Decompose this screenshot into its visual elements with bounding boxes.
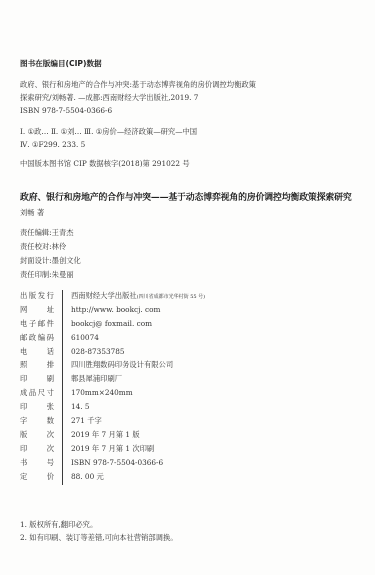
- info-value: 14. 5: [71, 402, 90, 411]
- info-label: 定价: [20, 472, 54, 482]
- info-row-typesetting: 照排 四川胜翔数码印务设计有限公司: [20, 359, 320, 373]
- info-row-sheets: 印张 14. 5: [20, 401, 320, 415]
- info-label: 照排: [20, 360, 54, 370]
- info-label: 字数: [20, 416, 54, 426]
- info-value: ISBN 978-7-5504-0366-6: [71, 458, 163, 467]
- info-row-phone: 电话 028-87353785: [20, 346, 320, 360]
- info-value: 西南财经大学出版社(四川省成都市光华村街 55 号): [71, 291, 205, 301]
- cip-header: 图书在版编目(CIP)数据: [20, 58, 102, 69]
- info-value: 271 千字: [71, 416, 102, 426]
- info-row-edition: 版次 2019 年 7 月第 1 版: [20, 429, 320, 443]
- book-title: 政府、银行和房地产的合作与冲突——基于动态博弈视角的房价调控均衡政策探索研究: [20, 190, 352, 203]
- info-label: 印张: [20, 402, 54, 412]
- note-2: 2. 如有印刷、装订等差错,可向本社营销部调换。: [20, 533, 178, 542]
- info-row-size: 成品尺寸 170mm×240mm: [20, 387, 320, 401]
- credit-printing: 责任印制:朱曼丽: [20, 270, 74, 279]
- info-row-word-count: 字数 271 千字: [20, 415, 320, 429]
- info-value-email[interactable]: bookcj@ foxmail. com: [71, 319, 152, 328]
- info-label: 电子邮件: [20, 319, 54, 329]
- info-row-isbn: 书号 ISBN 978-7-5504-0366-6: [20, 457, 320, 471]
- info-label: 印次: [20, 444, 54, 454]
- info-label: 出版发行: [20, 291, 54, 301]
- info-value-link[interactable]: http://www. bookcj. com: [71, 305, 160, 314]
- info-value: 610074: [71, 333, 99, 342]
- cip-isbn: ISBN 978-7-5504-0366-6: [20, 106, 112, 115]
- info-value: 88. 00 元: [71, 472, 104, 482]
- credit-editor: 责任编辑:王青杰: [20, 228, 74, 237]
- info-value: 028-87353785: [71, 347, 125, 356]
- info-row-price: 定价 88. 00 元: [20, 471, 320, 485]
- info-value: 2019 年 7 月第 1 版: [71, 430, 140, 440]
- info-value: 170mm×240mm: [71, 388, 133, 397]
- info-row-email: 电子邮件 bookcj@ foxmail. com: [20, 318, 320, 332]
- info-value: 郫县犀浦印刷厂: [71, 374, 122, 384]
- info-label: 版次: [20, 430, 54, 440]
- credit-cover-design: 封面设计:墨创文化: [20, 256, 81, 265]
- info-label: 成品尺寸: [20, 388, 54, 398]
- info-label: 书号: [20, 458, 54, 468]
- info-value: 2019 年 7 月第 1 次印刷: [71, 444, 154, 454]
- cip-number: 中国版本图书馆 CIP 数据核字(2018)第 291022 号: [20, 159, 190, 168]
- info-row-postcode: 邮政编码 610074: [20, 332, 320, 346]
- cip-line-2: 探索研究/刘畅著. —成都:西南财经大学出版社,2019. 7: [20, 93, 198, 102]
- info-value: 四川胜翔数码印务设计有限公司: [71, 360, 173, 370]
- info-row-printer: 印刷 郫县犀浦印刷厂: [20, 373, 320, 387]
- copyright-page: 图书在版编目(CIP)数据 政府、银行和房地产的合作与冲突:基于动态博弈视角的房…: [0, 0, 375, 575]
- info-label: 邮政编码: [20, 333, 54, 343]
- info-row-website: 网址 http://www. bookcj. com: [20, 304, 320, 318]
- info-label: 印刷: [20, 374, 54, 384]
- info-label: 电话: [20, 347, 54, 357]
- credit-proofreader: 责任校对:林伶: [20, 242, 66, 251]
- cip-line-1: 政府、银行和房地产的合作与冲突:基于动态博弈视角的房价调控均衡政策: [20, 80, 256, 89]
- publication-info-table: 出版发行 西南财经大学出版社(四川省成都市光华村街 55 号) 网址 http:…: [20, 290, 320, 484]
- note-1: 1. 版权所有,翻印必究。: [20, 520, 97, 529]
- book-author: 刘畅 著: [20, 208, 44, 217]
- classification-line-2: Ⅳ. ①F299. 233. 5: [20, 140, 85, 149]
- info-row-publisher: 出版发行 西南财经大学出版社(四川省成都市光华村街 55 号): [20, 290, 320, 304]
- classification-line-1: Ⅰ. ①政… Ⅱ. ①刘… Ⅲ. ①房价—经济政策—研究—中国: [20, 127, 197, 136]
- info-label: 网址: [20, 305, 54, 315]
- info-row-printing: 印次 2019 年 7 月第 1 次印刷: [20, 443, 320, 457]
